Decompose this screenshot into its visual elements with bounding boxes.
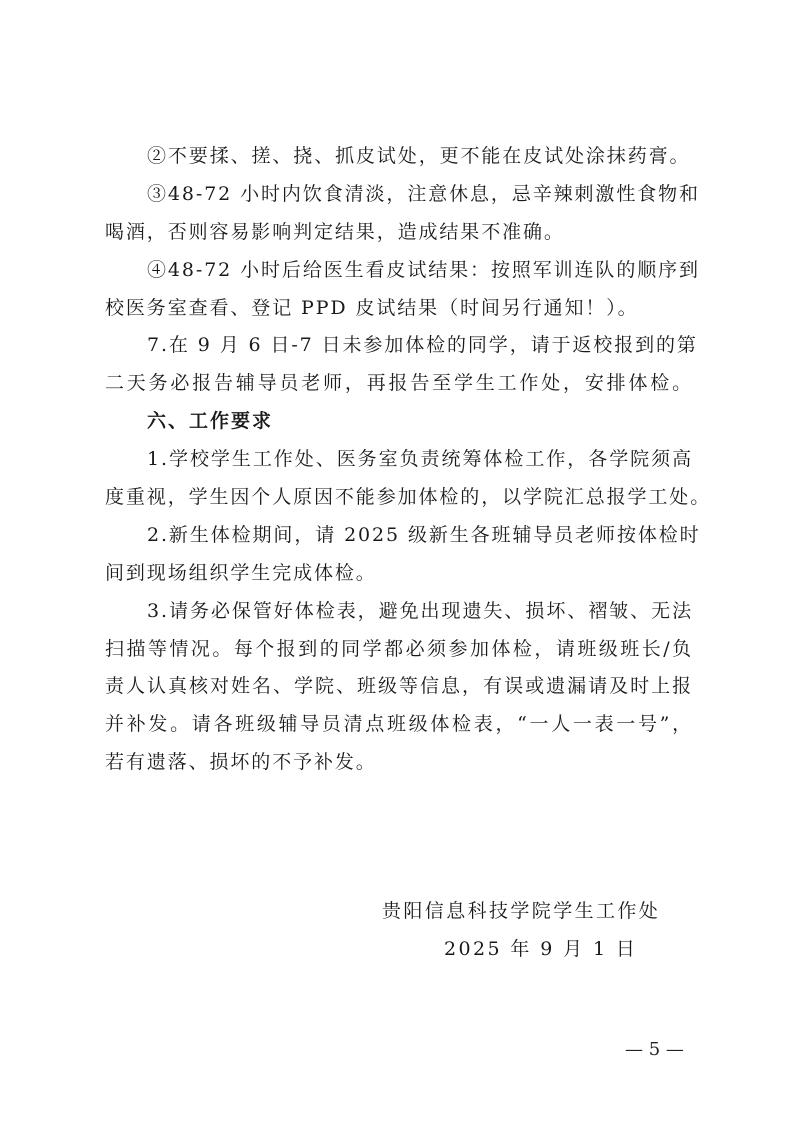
page-number: — 5 —: [625, 1038, 684, 1062]
signature-organization: 贵阳信息科技学院学生工作处: [382, 892, 682, 930]
paragraph-line: 校医务室查看、登记 PPD 皮试结果（时间另行通知！）。: [105, 290, 693, 328]
signature-date: 2025 年 9 月 1 日: [382, 930, 682, 968]
signature-block: 贵阳信息科技学院学生工作处 2025 年 9 月 1 日: [382, 892, 682, 968]
requirement-line: 若有遗落、损坏的不予补发。: [105, 744, 693, 782]
requirement-line: 度重视，学生因个人原因不能参加体检的，以学院汇总报学工处。: [105, 479, 693, 517]
requirement-line: 扫描等情况。每个报到的同学都必须参加体检，请班级班长/负: [105, 631, 693, 669]
paragraph-line: 二天务必报告辅导员老师，再报告至学生工作处，安排体检。: [105, 365, 693, 403]
paragraph-line: ④48-72 小时后给医生看皮试结果：按照军训连队的顺序到: [105, 252, 693, 290]
paragraph-line: ②不要揉、搓、挠、抓皮试处，更不能在皮试处涂抹药膏。: [105, 138, 693, 176]
document-body: ②不要揉、搓、挠、抓皮试处，更不能在皮试处涂抹药膏。 ③48-72 小时内饮食清…: [105, 138, 693, 782]
paragraph-line: 7.在 9 月 6 日-7 日未参加体检的同学，请于返校报到的第: [105, 327, 693, 365]
paragraph-line: 喝酒，否则容易影响判定结果，造成结果不准确。: [105, 214, 693, 252]
document-page: ②不要揉、搓、挠、抓皮试处，更不能在皮试处涂抹药膏。 ③48-72 小时内饮食清…: [0, 0, 793, 1122]
requirement-line: 并补发。请各班级辅导员清点班级体检表，“一人一表一号”，: [105, 706, 693, 744]
requirement-line: 间到现场组织学生完成体检。: [105, 555, 693, 593]
requirement-line: 1.学校学生工作处、医务室负责统筹体检工作，各学院须高: [105, 441, 693, 479]
paragraph-line: ③48-72 小时内饮食清淡，注意休息，忌辛辣刺激性食物和: [105, 176, 693, 214]
requirement-line: 2.新生体检期间，请 2025 级新生各班辅导员老师按体检时: [105, 517, 693, 555]
section-heading: 六、工作要求: [105, 403, 693, 441]
requirement-line: 责人认真核对姓名、学院、班级等信息，有误或遗漏请及时上报: [105, 668, 693, 706]
requirement-line: 3.请务必保管好体检表，避免出现遗失、损坏、褶皱、无法: [105, 593, 693, 631]
